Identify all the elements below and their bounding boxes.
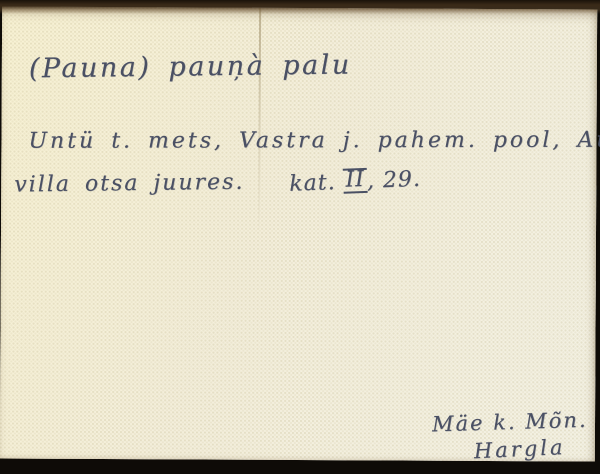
signature-parish-name: Hargla	[473, 435, 566, 463]
card-body-line-1: Untü t. mets, Vastra j. pahem. pool, Aud…	[28, 128, 600, 154]
index-card: (Pauna) pauņà palu Untü t. mets, Vastra …	[0, 6, 597, 461]
reference-roman-numeral: II	[343, 168, 367, 194]
signature-village-parish: Mäe k. Mõn.	[432, 408, 588, 437]
reference-note: kat. II, 29.	[289, 167, 422, 198]
paper-crease	[258, 8, 261, 233]
reference-prefix: kat.	[289, 170, 344, 197]
card-title-line: (Pauna) pauņà palu	[29, 49, 352, 84]
reference-suffix: , 29.	[366, 167, 421, 194]
card-body-line-2: villa otsa juures.	[14, 170, 244, 198]
scanned-card-image: (Pauna) pauņà palu Untü t. mets, Vastra …	[0, 0, 600, 474]
